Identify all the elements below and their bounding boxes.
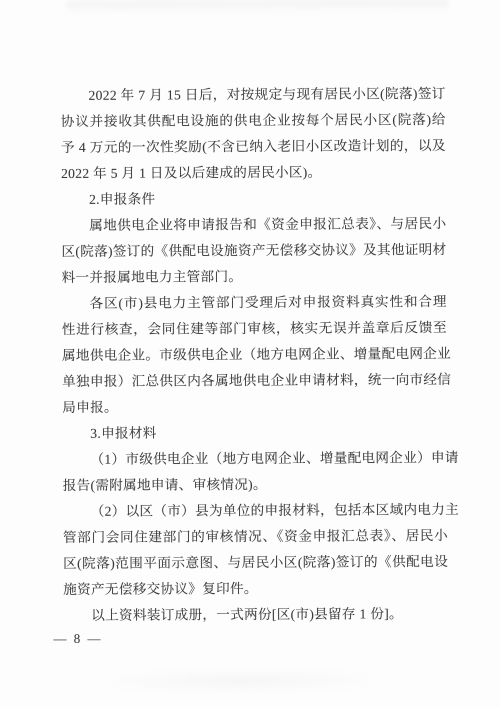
text-line: 性进行核查，会同住建等部门审核，核实无误并盖章后反馈至	[62, 315, 447, 343]
text-line: 2022 年 7 月 15 日后，对按规定与现有居民小区(院落)签订	[61, 81, 446, 109]
text-line: （1）市级供电企业（地方电网企业、增量配电网企业）申请	[62, 445, 447, 473]
text-line: 料一并报属地电力主管部门。	[62, 263, 447, 291]
text-line: 报告(需附属地申请、审核情况)。	[63, 471, 448, 499]
text-line: 管部门会同住建部门的审核情况、《资金申报汇总表》、居民小	[63, 523, 448, 551]
document-page: 2022 年 7 月 15 日后，对按规定与现有居民小区(院落)签订 协议并接收…	[0, 0, 500, 708]
text-line: 区(院落)签订的《供配电设施资产无偿移交协议》及其他证明材	[61, 237, 446, 265]
text-line: 局申报。	[62, 393, 447, 421]
text-line: 施资产无偿移交协议》复印件。	[63, 575, 448, 603]
text-line: 协议并接收其供配电设施的供电企业按每个居民小区(院落)给	[61, 107, 446, 135]
text-line: 区(院落)范围平面示意图、与居民小区(院落)签订的《供配电设	[63, 549, 448, 577]
text-line: 属地供电企业将申请报告和《资金申报汇总表》、与居民小	[61, 211, 446, 239]
page-number: — 8 —	[53, 631, 102, 647]
text-line: 2022 年 5 月 1 日及以后建成的居民小区)。	[61, 159, 446, 187]
text-line: 单独申报）汇总供区内各属地供电企业申请材料，统一向市经信	[62, 367, 447, 395]
text-line: （2）以区（市）县为单位的申报材料，包括本区域内电力主	[63, 497, 448, 525]
text-line: 各区(市)县电力主管部门受理后对申报资料真实性和合理	[62, 289, 447, 317]
section-heading: 2.申报条件	[61, 185, 446, 213]
text-line: 以上资料装订成册，一式两份[区(市)县留存 1 份]。	[63, 601, 448, 629]
text-line: 属地供电企业。市级供电企业（地方电网企业、增量配电网企业	[62, 341, 447, 369]
document-body: 2022 年 7 月 15 日后，对按规定与现有居民小区(院落)签订 协议并接收…	[61, 81, 449, 629]
scan-smudge-bottom	[82, 667, 402, 695]
section-heading: 3.申报材料	[62, 419, 447, 447]
scan-smudge-top	[66, 0, 448, 15]
text-line: 予 4 万元的一次性奖励(不含已纳入老旧小区改造计划的，以及	[61, 133, 446, 161]
